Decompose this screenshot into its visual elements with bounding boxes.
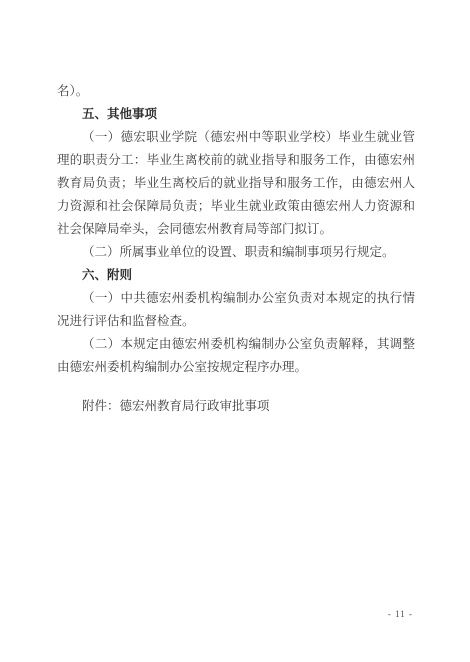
paragraph-line: 力资源和社会保障局负责；毕业生就业政策由德宏州人力资源和 [57, 195, 415, 218]
attachment-line: 附件：德宏州教育局行政审批事项 [57, 395, 415, 418]
paragraph-line: （二）本规定由德宏州委机构编制办公室负责解释，其调整 [57, 333, 415, 356]
text-line-continuation: 名）。 [57, 80, 415, 103]
paragraph-line: 况进行评估和监督检查。 [57, 310, 415, 333]
paragraph-line: （一）德宏职业学院（德宏州中等职业学校）毕业生就业管 [57, 126, 415, 149]
section-heading-supplementary: 六、附则 [57, 264, 415, 287]
document-page: 名）。 五、其他事项 （一）德宏职业学院（德宏州中等职业学校）毕业生就业管 理的… [0, 0, 470, 662]
section-heading-other-matters: 五、其他事项 [57, 103, 415, 126]
paragraph-line: 由德宏州委机构编制办公室按规定程序办理。 [57, 356, 415, 379]
paragraph-line: 教育局负责；毕业生离校后的就业指导和服务工作，由德宏州人 [57, 172, 415, 195]
page-number: - 11 - [0, 608, 413, 620]
paragraph-line: （二）所属事业单位的设置、职责和编制事项另行规定。 [57, 241, 415, 264]
document-body: 名）。 五、其他事项 （一）德宏职业学院（德宏州中等职业学校）毕业生就业管 理的… [57, 80, 415, 418]
paragraph-line: 社会保障局牵头，会同德宏州教育局等部门拟订。 [57, 218, 415, 241]
paragraph-line: 理的职责分工：毕业生离校前的就业指导和服务工作，由德宏州 [57, 149, 415, 172]
paragraph-line: （一）中共德宏州委机构编制办公室负责对本规定的执行情 [57, 287, 415, 310]
